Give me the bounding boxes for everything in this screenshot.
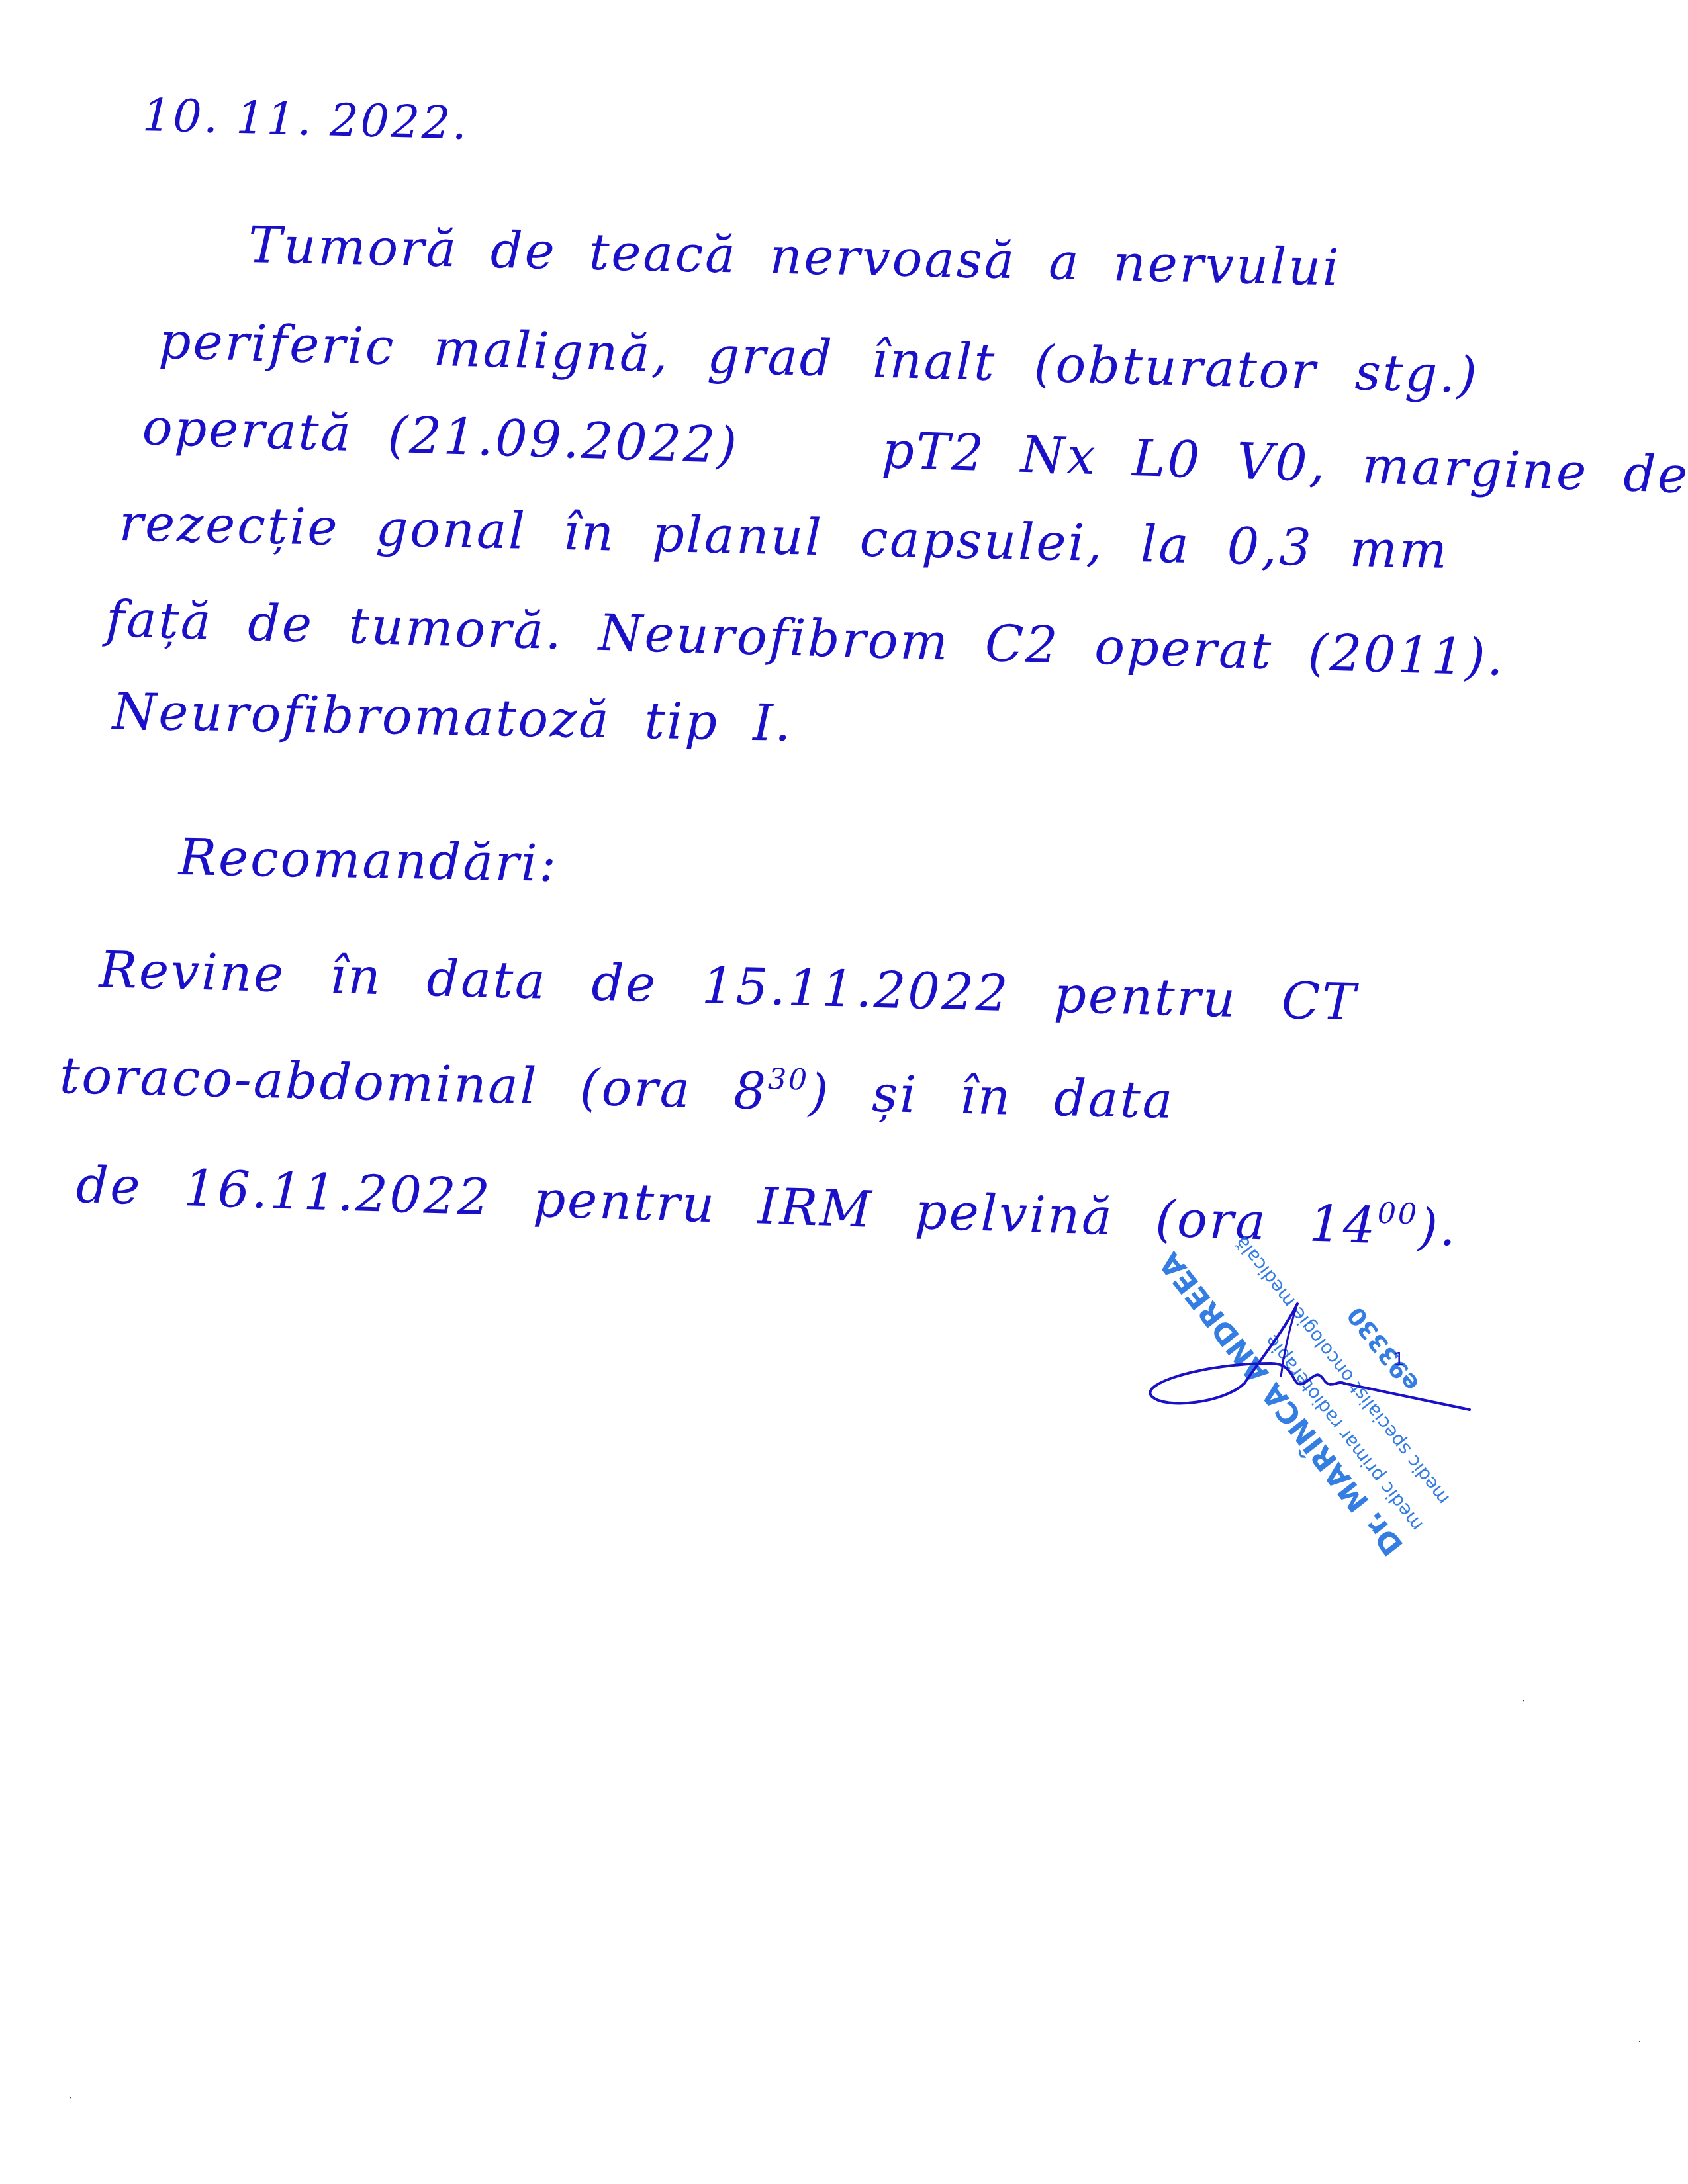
signature-icon <box>1125 1291 1483 1423</box>
note-date: 10. 11. 2022. <box>142 89 469 150</box>
recommendations-heading: Recomandări: <box>178 827 559 893</box>
diagnosis-line-4: rezecție gonal în planul capsulei, la 0,… <box>118 493 1450 580</box>
recommendation-line-2: toraco-abdominal (ora 830) și în data <box>59 1046 1175 1130</box>
diagnosis-line-2: periferic malignă, grad înalt (obturator… <box>158 311 1479 404</box>
tnm-staging: pT2 Nx L0 V0, margine de <box>881 420 1688 504</box>
recommendation-line-1: Revine în data de 15.11.2022 pentru CT <box>99 940 1358 1032</box>
scan-speck: · <box>1638 2038 1640 2046</box>
diagnosis-line-5: față de tumoră. Neurofibrom C2 operat (2… <box>105 589 1506 687</box>
scan-speck: · <box>1523 1698 1524 1705</box>
scanned-page: 10. 11. 2022. Tumoră de teacă nervoasă a… <box>0 0 1688 2184</box>
diagnosis-line-6: Neurofibromatoză tip I. <box>112 682 793 752</box>
scan-speck: · <box>70 2095 71 2102</box>
operation-date: operată (21.09.2022) <box>142 397 740 475</box>
diagnosis-line-1: Tumoră de teacă nervoasă a nervului <box>248 215 1341 297</box>
diagnosis-line-3: operată (21.09.2022) pT2 Nx L0 V0, margi… <box>142 397 1688 504</box>
signature-mark: 1 <box>1393 1350 1405 1370</box>
